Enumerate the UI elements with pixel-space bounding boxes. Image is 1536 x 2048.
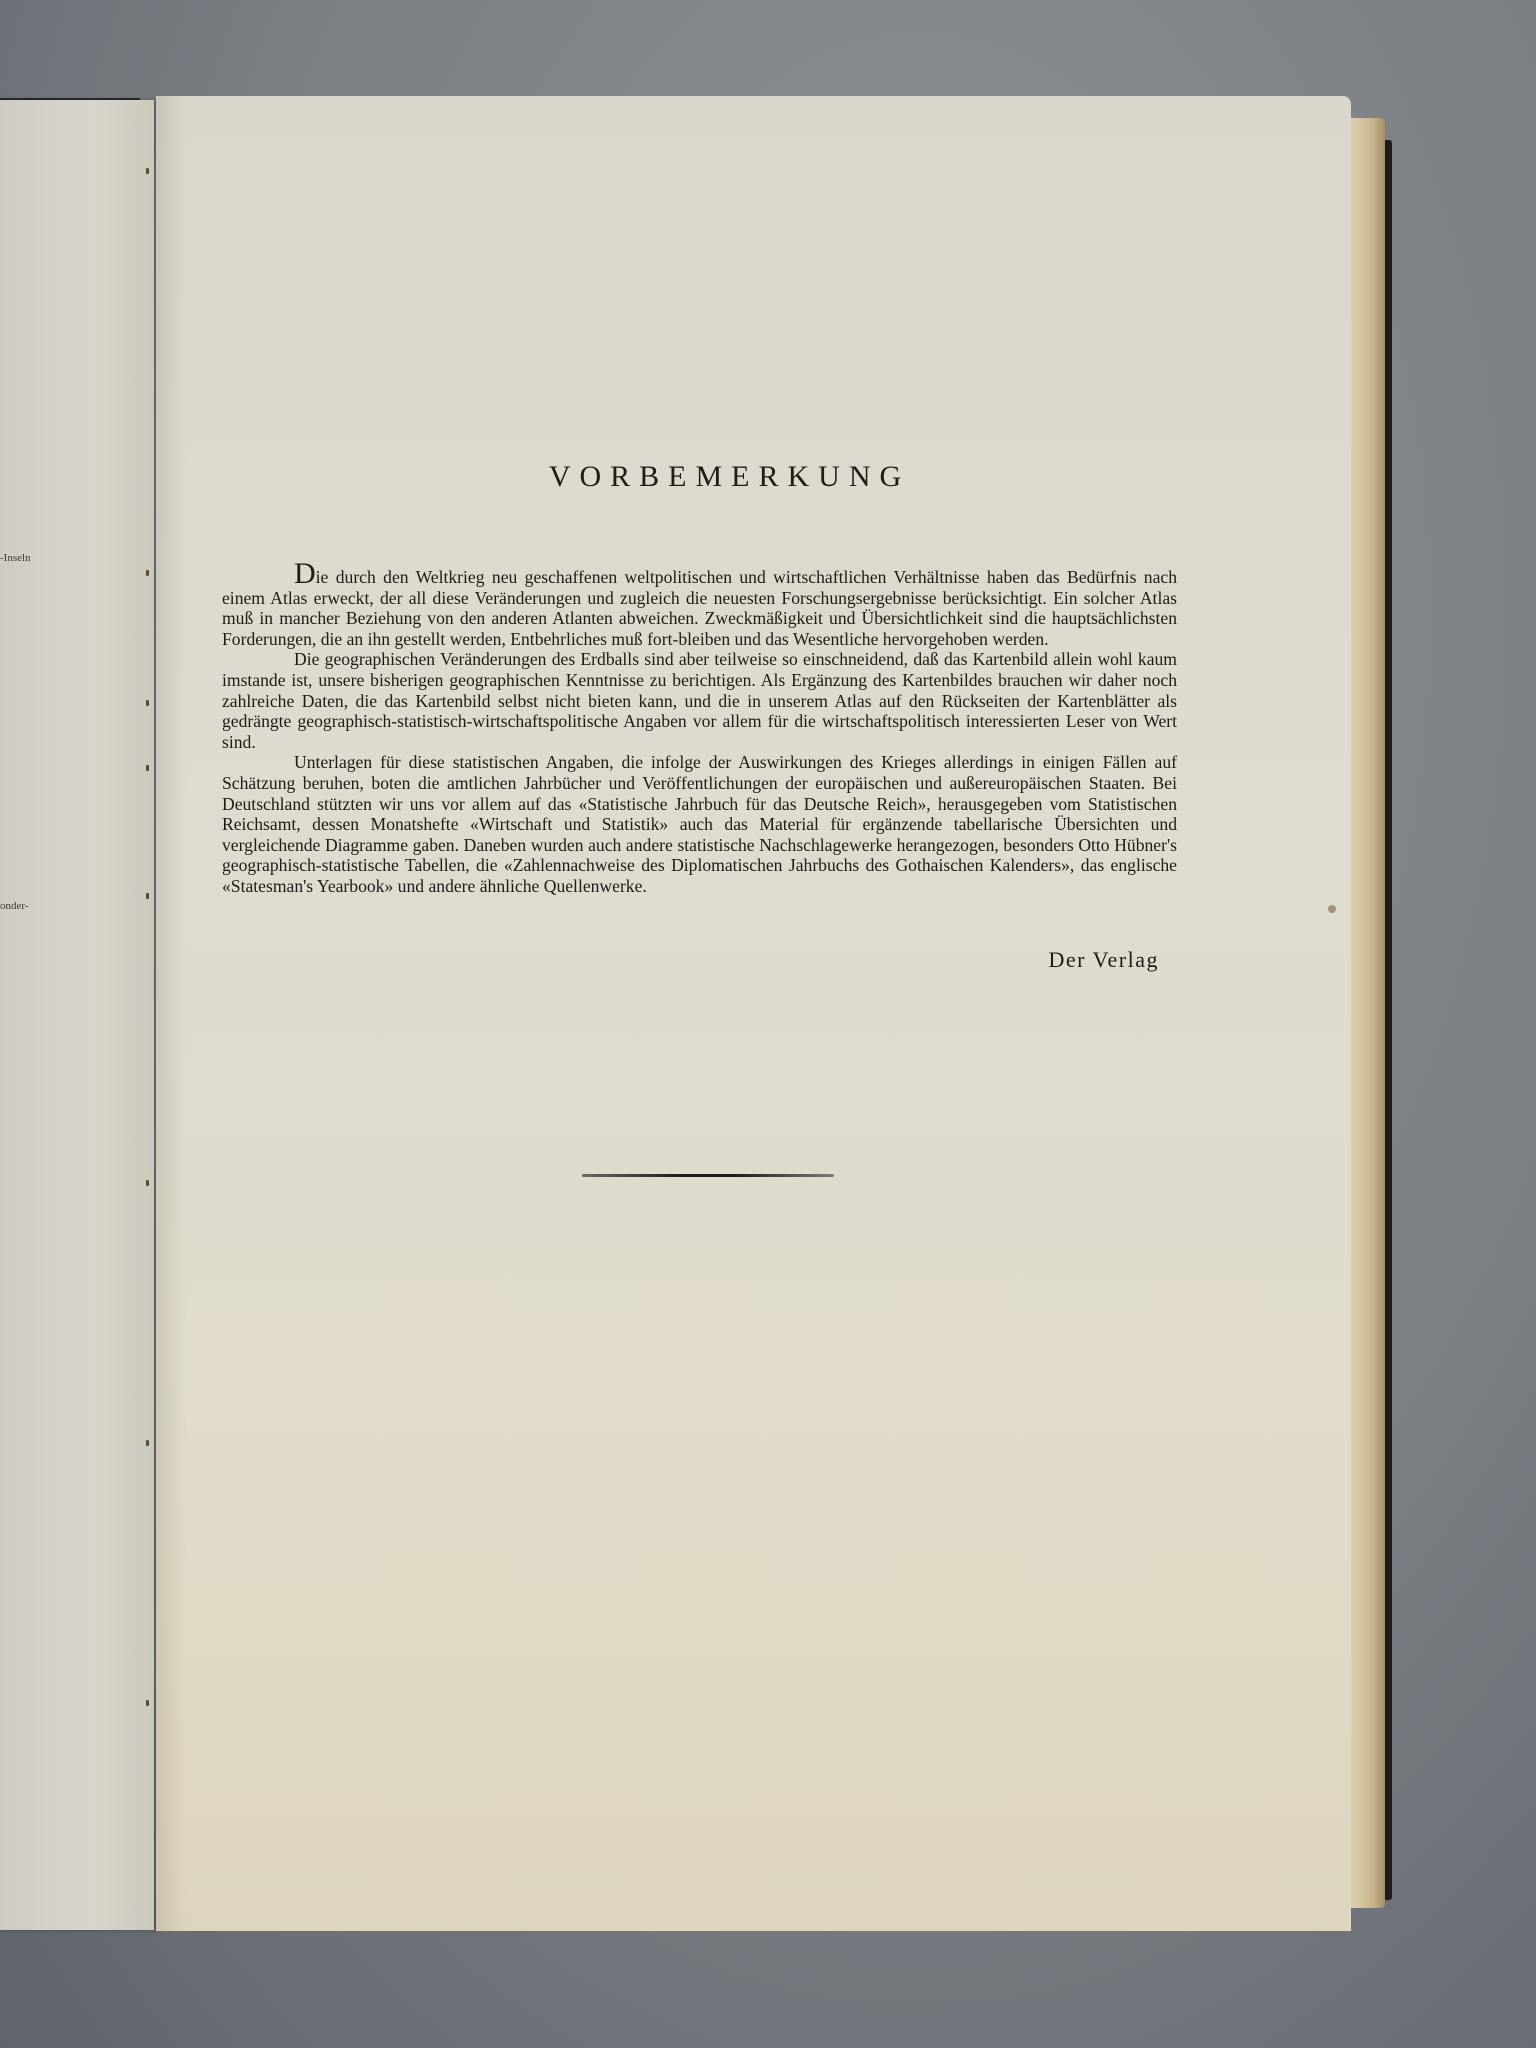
closing-rule-divider [582,1174,834,1177]
paragraph-1: Die durch den Weltkrieg neu geschaffenen… [222,564,1177,649]
binding-stitch [146,168,149,174]
paragraph-2: Die geographischen Veränderungen des Erd… [222,649,1177,752]
left-page-text-fragment: -Inseln [0,552,31,564]
binding-stitch [146,700,149,706]
page-title: VORBEMERKUNG [222,460,1177,494]
binding-stitch [146,1700,149,1706]
paper-stain [1328,905,1336,913]
binding-stitch [146,893,149,899]
binding-stitch [146,1440,149,1446]
left-facing-page: -Inseln onder- [0,100,154,1930]
binding-stitch [146,765,149,771]
page-content: VORBEMERKUNG Die durch den Weltkrieg neu… [222,460,1177,973]
paragraph-1-text: ie durch den Weltkrieg neu geschaffenen … [222,567,1177,649]
right-page [156,96,1351,1931]
left-page-text-fragment: onder- [0,900,29,912]
binding-stitch [146,570,149,576]
binding-stitch [146,1180,149,1186]
drop-cap: D [294,557,316,590]
signature: Der Verlag [222,947,1177,973]
paragraph-3: Unterlagen für diese statistischen Angab… [222,752,1177,896]
